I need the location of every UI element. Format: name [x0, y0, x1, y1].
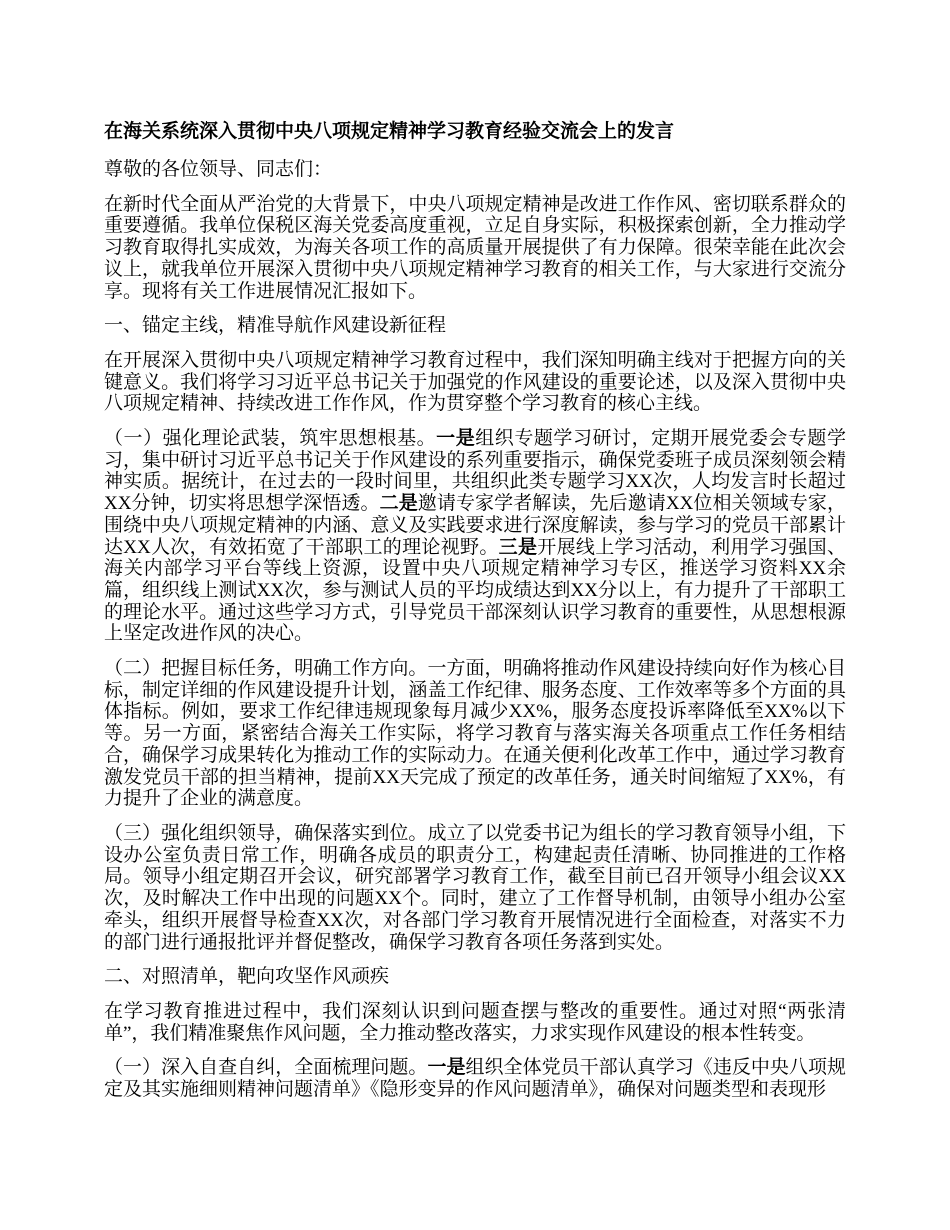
document-title: 在海关系统深入贯彻中央八项规定精神学习教育经验交流会上的发言 [104, 121, 846, 143]
text-run: （三）强化组织领导，确保落实到位。成立了以党委书记为组长的学习教育领导小组，下设… [104, 823, 846, 953]
paragraph: （三）强化组织领导，确保落实到位。成立了以党委书记为组长的学习教育领导小组，下设… [104, 823, 846, 953]
text-run: （一）强化理论武装，筑牢思想根基。 [104, 428, 436, 449]
section-heading: 二、对照清单，靶向攻坚作风顽疾 [104, 966, 846, 988]
paragraph: 在开展深入贯彻中央八项规定精神学习教育过程中，我们深知明确主线对于把握方向的关键… [104, 350, 846, 415]
paragraph: 在学习教育推进过程中，我们深刻认识到问题查摆与整改的重要性。通过对照“两张清单”… [104, 1001, 846, 1044]
text-run: 在新时代全面从严治党的大背景下，中央八项规定精神是改进工作作风、密切联系群众的重… [104, 194, 846, 302]
document-page: 在海关系统深入贯彻中央八项规定精神学习教育经验交流会上的发言 尊敬的各位领导、同… [0, 0, 950, 1230]
paragraph: （一）深入自查自纠，全面梳理问题。一是组织全体党员干部认真学习《违反中央八项规定… [104, 1057, 846, 1100]
text-run: 二、对照清单，靶向攻坚作风顽疾 [104, 966, 389, 987]
text-run: 在学习教育推进过程中，我们深刻认识到问题查摆与整改的重要性。通过对照“两张清单”… [104, 1001, 846, 1044]
text-run: 在开展深入贯彻中央八项规定精神学习教育过程中，我们深知明确主线对于把握方向的关键… [104, 350, 846, 414]
paragraph: （一）强化理论武装，筑牢思想根基。一是组织专题学习研讨，定期开展党委会专题学习，… [104, 428, 846, 645]
bold-text-run: 二是 [380, 493, 418, 514]
paragraph: （二）把握目标任务，明确工作方向。一方面，明确将推动作风建设持续向好作为核心目标… [104, 658, 846, 810]
section-heading: 一、锚定主线，精准导航作风建设新征程 [104, 315, 846, 337]
greeting-line: 尊敬的各位领导、同志们： [104, 159, 846, 181]
text-run: （一）深入自查自纠，全面梳理问题。 [104, 1057, 427, 1078]
bold-text-run: 一是 [427, 1057, 465, 1078]
text-run: （二）把握目标任务，明确工作方向。一方面，明确将推动作风建设持续向好作为核心目标… [104, 658, 846, 809]
bold-text-run: 三是 [499, 537, 538, 558]
text-run: 一、锚定主线，精准导航作风建设新征程 [104, 315, 446, 336]
paragraph: 在新时代全面从严治党的大背景下，中央八项规定精神是改进工作作风、密切联系群众的重… [104, 194, 846, 303]
document-body: 在新时代全面从严治党的大背景下，中央八项规定精神是改进工作作风、密切联系群众的重… [104, 194, 846, 1101]
bold-text-run: 一是 [436, 428, 475, 449]
